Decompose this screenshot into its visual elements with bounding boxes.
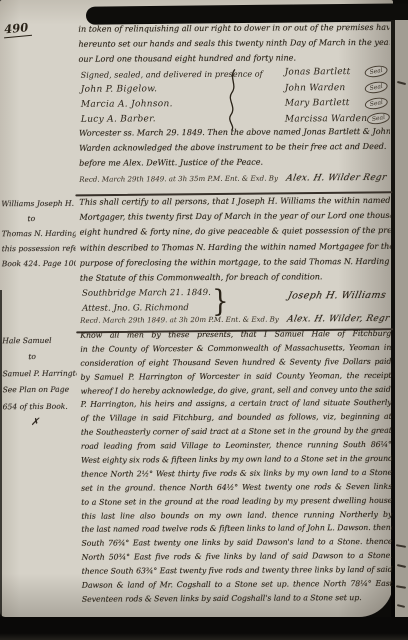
signer-row: Jonas Bartlett Seal [285, 64, 388, 80]
register-signature: Alex. H. Wilder Regr [285, 173, 387, 184]
margin-reference: Book 424. Page 100. [2, 256, 76, 271]
entry3-body: Know all men by these presents, that I S… [80, 329, 393, 609]
signer-row: Mary Bartlett Seal [285, 95, 388, 111]
margin-grantee: Thomas N. Harding [2, 226, 76, 241]
entry2-margin-note: Williams Joseph H. to Thomas N. Harding … [1, 196, 75, 271]
signer-signature: Jonas Bartlett [285, 67, 351, 77]
scanned-deed-record-page: 490 in token of relinquishing all our ri… [0, 0, 408, 640]
acknowledgment-line: before me Alex. DeWitt. Justice of the P… [79, 156, 390, 173]
recording-text: Recd. March 29th 1849. at 3h 35m P.M. En… [79, 174, 278, 184]
margin-reference: See Plan on Page [3, 382, 77, 399]
next-page-writing-fragment [397, 81, 406, 85]
page-number: 490 [3, 20, 32, 39]
next-page-writing-fragment [397, 564, 406, 568]
signer-row: Marcissa Warden Seal [285, 111, 388, 127]
seal-icon: Seal [364, 80, 389, 95]
grantor-signature: Joseph H. Williams [287, 290, 387, 302]
recording-line: Recd. March 29th 1849. at 3h 35m P.M. En… [79, 173, 390, 185]
witness-signature: Marcia A. Johnson. [81, 99, 241, 115]
next-page-writing-fragment [396, 544, 406, 548]
deed-text-line: the Statute of this Commonwealth, for br… [80, 271, 391, 288]
margin-reference: 654 of this Book. [3, 398, 77, 415]
seal-icon: Seal [364, 64, 389, 79]
brace-icon [227, 69, 239, 131]
entry2-body: This shall certify to all persons, that … [79, 195, 391, 288]
margin-to: to [2, 349, 76, 366]
signer-signature: Marcissa Warden [285, 114, 367, 125]
signer-row: John Warden Seal [285, 80, 388, 96]
signer-signature: Mary Bartlett [285, 98, 350, 108]
witness-block: Signed, sealed, and delivered in presenc… [81, 69, 241, 130]
seal-icon: Seal [366, 112, 391, 127]
entry1-body: in token of relinquishing all our right … [78, 22, 389, 69]
witness-label: Signed, sealed, and delivered in presenc… [81, 69, 241, 85]
page-content: 490 in token of relinquishing all our ri… [0, 0, 395, 617]
entry3-margin-note: Hale Samuel to Samuel P. Harrington See … [2, 333, 77, 432]
deed-text-line: Seventeen rods & Seven links by said Cog… [82, 593, 393, 609]
next-page-edge [395, 20, 408, 617]
next-page-writing-fragment [397, 604, 405, 608]
margin-grantee: Samuel P. Harrington [2, 366, 76, 383]
signer-block: Jonas Bartlett Seal John Warden Seal Mar… [285, 64, 388, 127]
seal-icon: Seal [364, 96, 389, 111]
margin-to: to [1, 211, 75, 226]
dateline: Southbridge March 21. 1849. [82, 288, 211, 299]
next-page-writing-fragment [396, 585, 406, 589]
attest-line: Attest. Jno. G. Richmond [82, 303, 189, 314]
recording-text: Recd. March 29th 1849. at 3h 20m P.M. En… [80, 315, 279, 325]
margin-cross-mark: ✗ [3, 415, 77, 432]
acknowledgment-block: Worcester ss. March 29. 1849. Then the a… [79, 126, 390, 173]
register-signature: Alex. H. Wilder, Regr [286, 314, 391, 325]
signer-signature: John Warden [285, 83, 346, 93]
recording-line: Recd. March 29th 1849. at 3h 20m P.M. En… [80, 314, 391, 326]
margin-reference: this possession refers to [2, 241, 76, 256]
scan-bottom-shadow [0, 617, 408, 640]
witness-signature: John P. Bigelow. [81, 84, 241, 100]
margin-grantor: Hale Samuel [2, 333, 76, 350]
margin-grantor: Williams Joseph H. [1, 196, 75, 211]
